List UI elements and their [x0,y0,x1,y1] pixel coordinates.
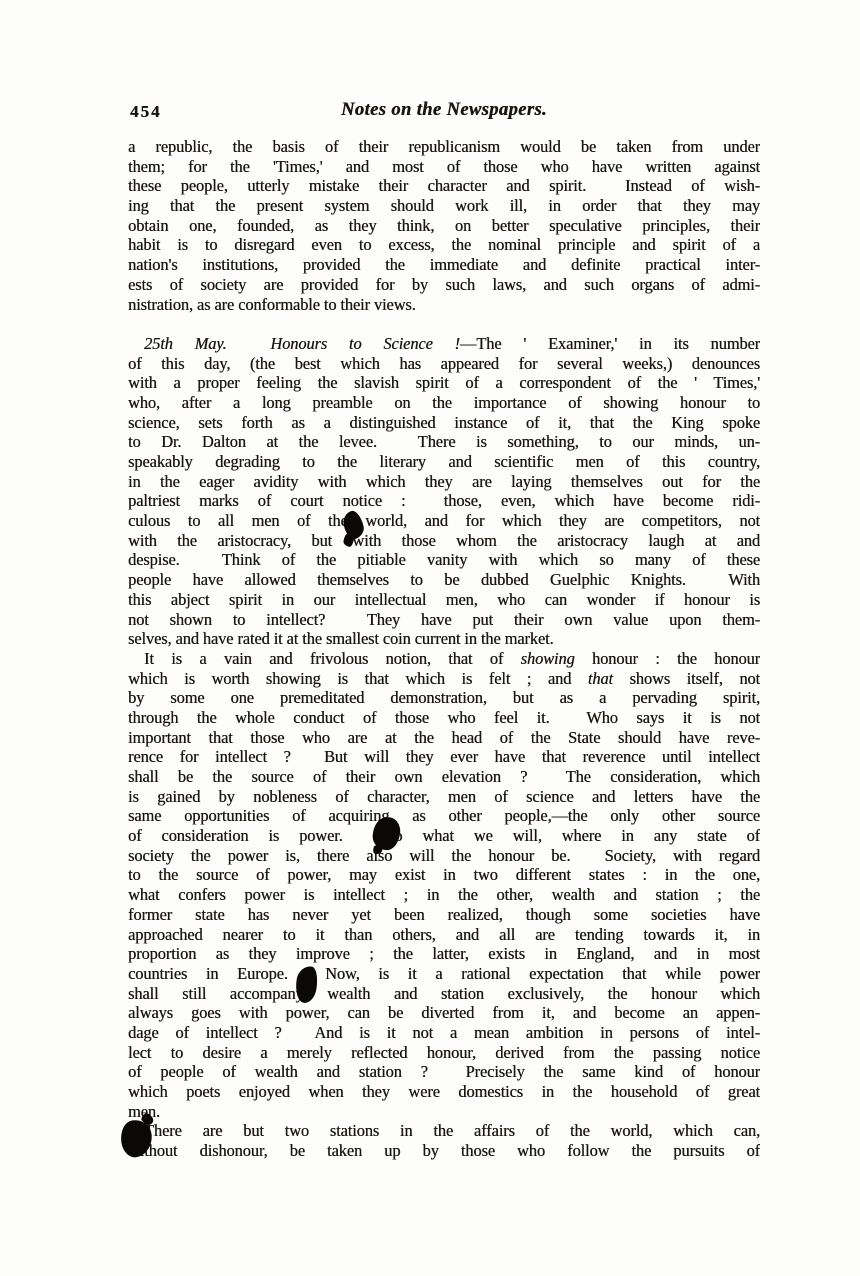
text-line: a republic, the basis of their republica… [128,137,760,157]
text-line: countries in Europe. Now, is it a ration… [128,964,760,984]
text-line: in the eager avidity with which they are… [128,472,760,492]
text-line: It is a vain and frivolous notion, that … [128,649,760,669]
paragraph: It is a vain and frivolous notion, that … [128,649,760,1122]
text-line: of consideration is power. Do what we wi… [128,826,760,846]
text-line: approached nearer to it than others, and… [128,925,760,945]
text-line: ing that the present system should work … [128,196,760,216]
text-line: society the power is, there also will th… [128,846,760,866]
text-body: a republic, the basis of their republica… [128,137,760,1161]
paragraph: 25th May. Honours to Science !—The ' Exa… [128,334,760,649]
text-line: by some one premeditated demonstration, … [128,688,760,708]
text-line: There are but two stations in the affair… [128,1121,760,1141]
text-line: which poets enjoyed when they were domes… [128,1082,760,1102]
text-line: lect to desire a merely reflected honour… [128,1043,760,1063]
text-line: nation's institutions, provided the imme… [128,255,760,275]
text-line: through the whole conduct of those who f… [128,708,760,728]
text-line: speakably degrading to the literary and … [128,452,760,472]
text-line: former state has never yet been realized… [128,905,760,925]
text-line: men. [128,1102,760,1122]
text-line: without dishonour, be taken up by those … [128,1141,760,1161]
text-line: with a proper feeling the slavish spirit… [128,373,760,393]
text-line: nistration, as are conformable to their … [128,295,760,315]
text-line: rence for intellect ? But will they ever… [128,747,760,767]
text-line: who, after a long preamble on the import… [128,393,760,413]
text-line: shall be the source of their own elevati… [128,767,760,787]
text-line: selves, and have rated it at the smalles… [128,629,760,649]
text-block: 454 Notes on the Newspapers. a republic,… [128,100,760,1161]
text-line: important that those who are at the head… [128,728,760,748]
text-line: them; for the 'Times,' and most of those… [128,157,760,177]
text-line: obtain one, founded, as they think, on b… [128,216,760,236]
text-line: paltriest marks of court notice : those,… [128,491,760,511]
text-line: with the aristocracy, but with those who… [128,531,760,551]
text-line: ests of society are provided for by such… [128,275,760,295]
text-line: same opportunities of acquiring as other… [128,806,760,826]
text-line: which is worth showing is that which is … [128,669,760,689]
running-title: Notes on the Newspapers. [128,100,760,121]
text-line: 25th May. Honours to Science !—The ' Exa… [128,334,760,354]
text-line: to the source of power, may exist in two… [128,865,760,885]
text-line: people have allowed themselves to be dub… [128,570,760,590]
text-line: of people of wealth and station ? Precis… [128,1062,760,1082]
text-line: is gained by nobleness of character, men… [128,787,760,807]
scanned-book-page: 454 Notes on the Newspapers. a republic,… [0,0,860,1276]
text-line: culous to all men of the world, and for … [128,511,760,531]
text-line: shall still accompany wealth and station… [128,984,760,1004]
text-line: despise. Think of the pitiable vanity wi… [128,550,760,570]
text-line: to Dr. Dalton at the levee. There is som… [128,432,760,452]
page-header: 454 Notes on the Newspapers. [128,100,760,137]
text-line: these people, utterly mistake their char… [128,176,760,196]
text-line: dage of intellect ? And is it not a mean… [128,1023,760,1043]
text-line: not shown to intellect? They have put th… [128,610,760,630]
text-line: science, sets forth as a distinguished i… [128,413,760,433]
text-line: what confers power is intellect ; in the… [128,885,760,905]
text-line: habit is to disregard even to excess, th… [128,235,760,255]
text-line: of this day, (the best which has appeare… [128,354,760,374]
paragraph: There are but two stations in the affair… [128,1121,760,1160]
text-line: always goes with power, can be diverted … [128,1003,760,1023]
paragraph: a republic, the basis of their republica… [128,137,760,314]
text-line: proportion as they improve ; the latter,… [128,944,760,964]
text-line: this abject spirit in our intellectual m… [128,590,760,610]
